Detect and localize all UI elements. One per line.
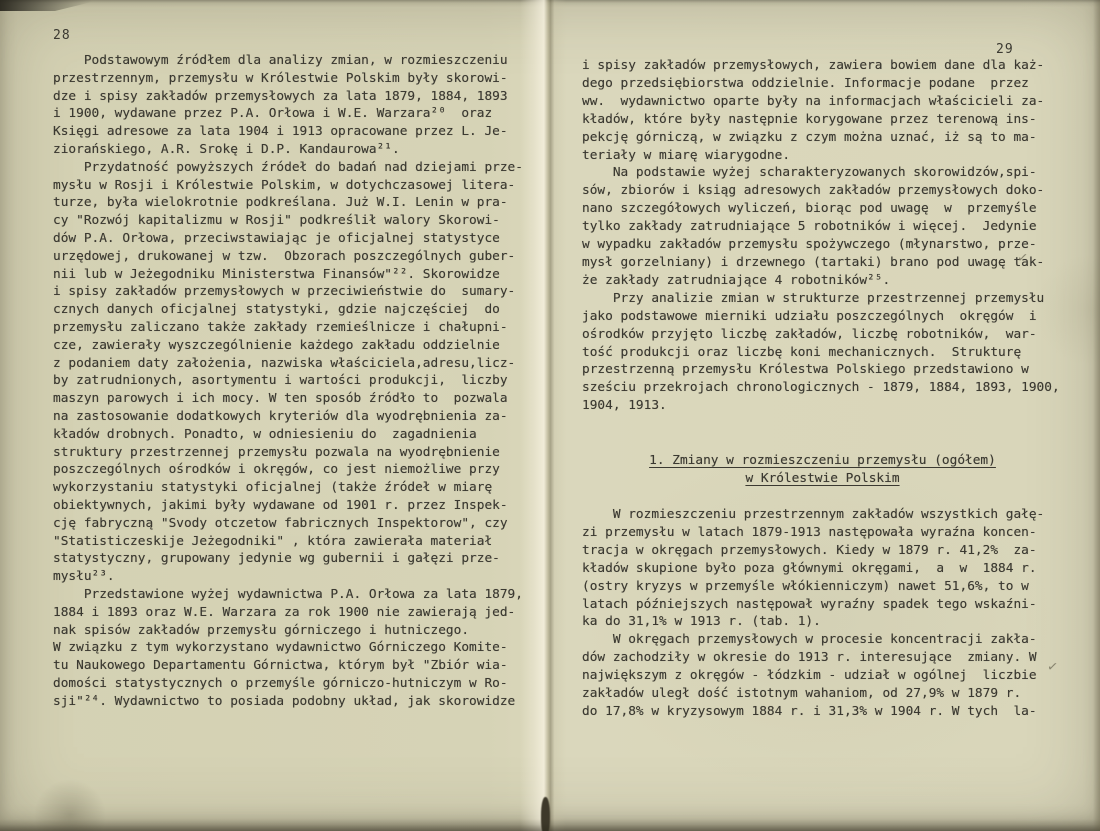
text-line: przemysłu zaliczano także zakłady rzemie… [53, 319, 523, 337]
text-line: pekcję górniczą, w związku z czym można … [582, 129, 1060, 147]
text-line: Przydatność powyższych źródeł do badań n… [53, 159, 523, 177]
section-heading: 1. Zmiany w rozmieszczeniu przemysłu (og… [582, 452, 1063, 488]
section-heading-line-1: 1. Zmiany w rozmieszczeniu przemysłu (og… [582, 452, 1063, 470]
text-line: Podstawowym źródłem dla analizy zmian, w… [53, 52, 523, 70]
text-line: na zastosowanie dodatkowych kryteriów dl… [53, 408, 523, 426]
scan-bottom-edge-shadow [0, 819, 1100, 831]
text-line: tylko zakłady zatrudniające 5 robotników… [582, 218, 1060, 236]
scan-right-edge-shadow [1093, 0, 1100, 831]
text-line: kładów skupione było poza głównymi okręg… [582, 560, 1044, 578]
page-number-right: 29 [996, 42, 1014, 57]
text-line: ka do 31,1% w 1913 r. (tab. 1). [582, 613, 1044, 631]
text-line: sześciu przekrojach chronologicznych - 1… [582, 379, 1060, 397]
text-line: sji"²⁴. Wydawnictwo to posiada podobny u… [53, 693, 523, 711]
text-line: kładów drobnych. Ponadto, w odniesieniu … [53, 426, 523, 444]
page-29-text-block-1: i spisy zakładów przemysłowych, zawiera … [582, 57, 1060, 415]
text-line: dów zachodziły w okresie do 1913 r. inte… [582, 649, 1044, 667]
text-line: z podaniem daty założenia, nazwiska właś… [53, 355, 523, 373]
text-line: struktury przestrzennej przemysłu pozwal… [53, 444, 523, 462]
text-line: Przy analizie zmian w strukturze przestr… [582, 290, 1060, 308]
text-line: W rozmieszczeniu przestrzennym zakładów … [582, 506, 1044, 524]
text-line: tracja w okręgach przemysłowych. Kiedy w… [582, 542, 1044, 560]
text-line: przestrzenną przemysłu Królestwa Polskie… [582, 361, 1060, 379]
text-line: ww. wydawnictwo oparte były na informacj… [582, 93, 1060, 111]
text-line: cze, zawierały wyszczególnienie każdego … [53, 337, 523, 355]
pencil-check-mark: ✓ [1047, 656, 1058, 675]
text-line: jako podstawowe mierniki udziału poszcze… [582, 308, 1060, 326]
text-line: sów, zbiorów i ksiąg adresowych zakładów… [582, 182, 1060, 200]
text-line: cznych danych oficjalnej statystyki, gdz… [53, 301, 523, 319]
text-line: dze i spisy zakładów przemysłowych za la… [53, 88, 523, 106]
text-line: nano szczegółowych wyliczeń, biorąc pod … [582, 200, 1060, 218]
text-line: statystyczny, grupowany jedynie wg guber… [53, 550, 523, 568]
text-line: domości statystycznych o przemyśle górni… [53, 675, 523, 693]
page-28-text-block: Podstawowym źródłem dla analizy zmian, w… [53, 52, 523, 710]
text-line: urzędowej, drukowanej w tzw. Obzorach po… [53, 248, 523, 266]
text-line: latach późniejszych następował wyraźny s… [582, 596, 1044, 614]
text-line: mysłu w Rosji i Królestwie Polskim, w do… [53, 177, 523, 195]
text-line: nii lub w Jeżegodniku Ministerstwa Finan… [53, 266, 523, 284]
text-line: 1884 i 1893 oraz W.E. Warzara za rok 190… [53, 604, 523, 622]
text-line: "Statisticzeskije Jeżegodniki" , która z… [53, 533, 523, 551]
text-line: wykorzystaniu statystyki oficjalnej (tak… [53, 479, 523, 497]
text-line: przestrzennym, przemysłu w Królestwie Po… [53, 70, 523, 88]
text-line: cję fabryczną "Svody otczetow fabricznyc… [53, 515, 523, 533]
text-line: ośrodków przyjęto liczbę zakładów, liczb… [582, 326, 1060, 344]
text-line: poszczególnych ośrodków i okręgów, co je… [53, 461, 523, 479]
text-line: maszyn parowych i ich mocy. W ten sposób… [53, 390, 523, 408]
text-line: zakładów uległ dość istotnym wahaniom, o… [582, 685, 1044, 703]
text-line: zi przemysłu w latach 1879-1913 następow… [582, 524, 1044, 542]
text-line: mysłu²³. [53, 568, 523, 586]
text-line: W okręgach przemysłowych w procesie konc… [582, 631, 1044, 649]
text-line: w wypadku zakładów przemysłu spożywczego… [582, 236, 1060, 254]
text-line: do 17,8% w kryzysowym 1884 r. i 31,3% w … [582, 703, 1044, 721]
text-line: teriały w miarę wiarygodne. [582, 147, 1060, 165]
text-line: obiektywnych, jakimi były wydawane od 19… [53, 497, 523, 515]
page-29-text-block-2: W rozmieszczeniu przestrzennym zakładów … [582, 506, 1044, 721]
text-line: i 1900, wydawane przez P.A. Orłowa i W.E… [53, 105, 523, 123]
scan-dark-corner [0, 0, 100, 11]
text-line: tość produkcji oraz liczbę koni mechanic… [582, 344, 1060, 362]
text-line: że zakłady zatrudniające 4 robotników²⁵. [582, 272, 1060, 290]
text-line: mysł gorzelniany) i drzewnego (tartaki) … [582, 254, 1060, 272]
text-line: ziorańskiego, A.R. Srokę i D.P. Kandauro… [53, 141, 523, 159]
text-line: tu Naukowego Departamentu Górnictwa, któ… [53, 657, 523, 675]
text-line: największym z okręgów - łódzkim - udział… [582, 667, 1044, 685]
text-line: by zatrudnionych, asortymentu i wartości… [53, 372, 523, 390]
text-line: nak spisów zakładów przemysłu górniczego… [53, 622, 523, 640]
text-line: dów P.A. Orłowa, przeciwstawiając je ofi… [53, 230, 523, 248]
book-scan: 28 Podstawowym źródłem dla analizy zmian… [0, 0, 1100, 831]
text-line: kładów, które były następnie korygowane … [582, 111, 1060, 129]
text-line: i spisy zakładów przemysłowych w przeciw… [53, 283, 523, 301]
section-heading-line-2: w Królestwie Polskim [582, 470, 1063, 488]
text-line: Przedstawione wyżej wydawnictwa P.A. Orł… [53, 586, 523, 604]
book-gutter-fold [520, 0, 566, 831]
page-number-left: 28 [53, 28, 71, 43]
text-line: turze, była wielokrotnie podkreślana. Ju… [53, 194, 523, 212]
text-line: i spisy zakładów przemysłowych, zawiera … [582, 57, 1060, 75]
text-line: W związku z tym wykorzystano wydawnictwo… [53, 639, 523, 657]
text-line: Na podstawie wyżej scharakteryzowanych s… [582, 164, 1060, 182]
text-line: Księgi adresowe za lata 1904 i 1913 opra… [53, 123, 523, 141]
text-line: (ostry kryzys w przemyśle włókienniczym)… [582, 578, 1044, 596]
text-line: dego przedsiębiorstwa oddzielnie. Inform… [582, 75, 1060, 93]
text-line: 1904, 1913. [582, 397, 1060, 415]
text-line: cy "Rozwój kapitalizmu w Rosji" podkreśl… [53, 212, 523, 230]
